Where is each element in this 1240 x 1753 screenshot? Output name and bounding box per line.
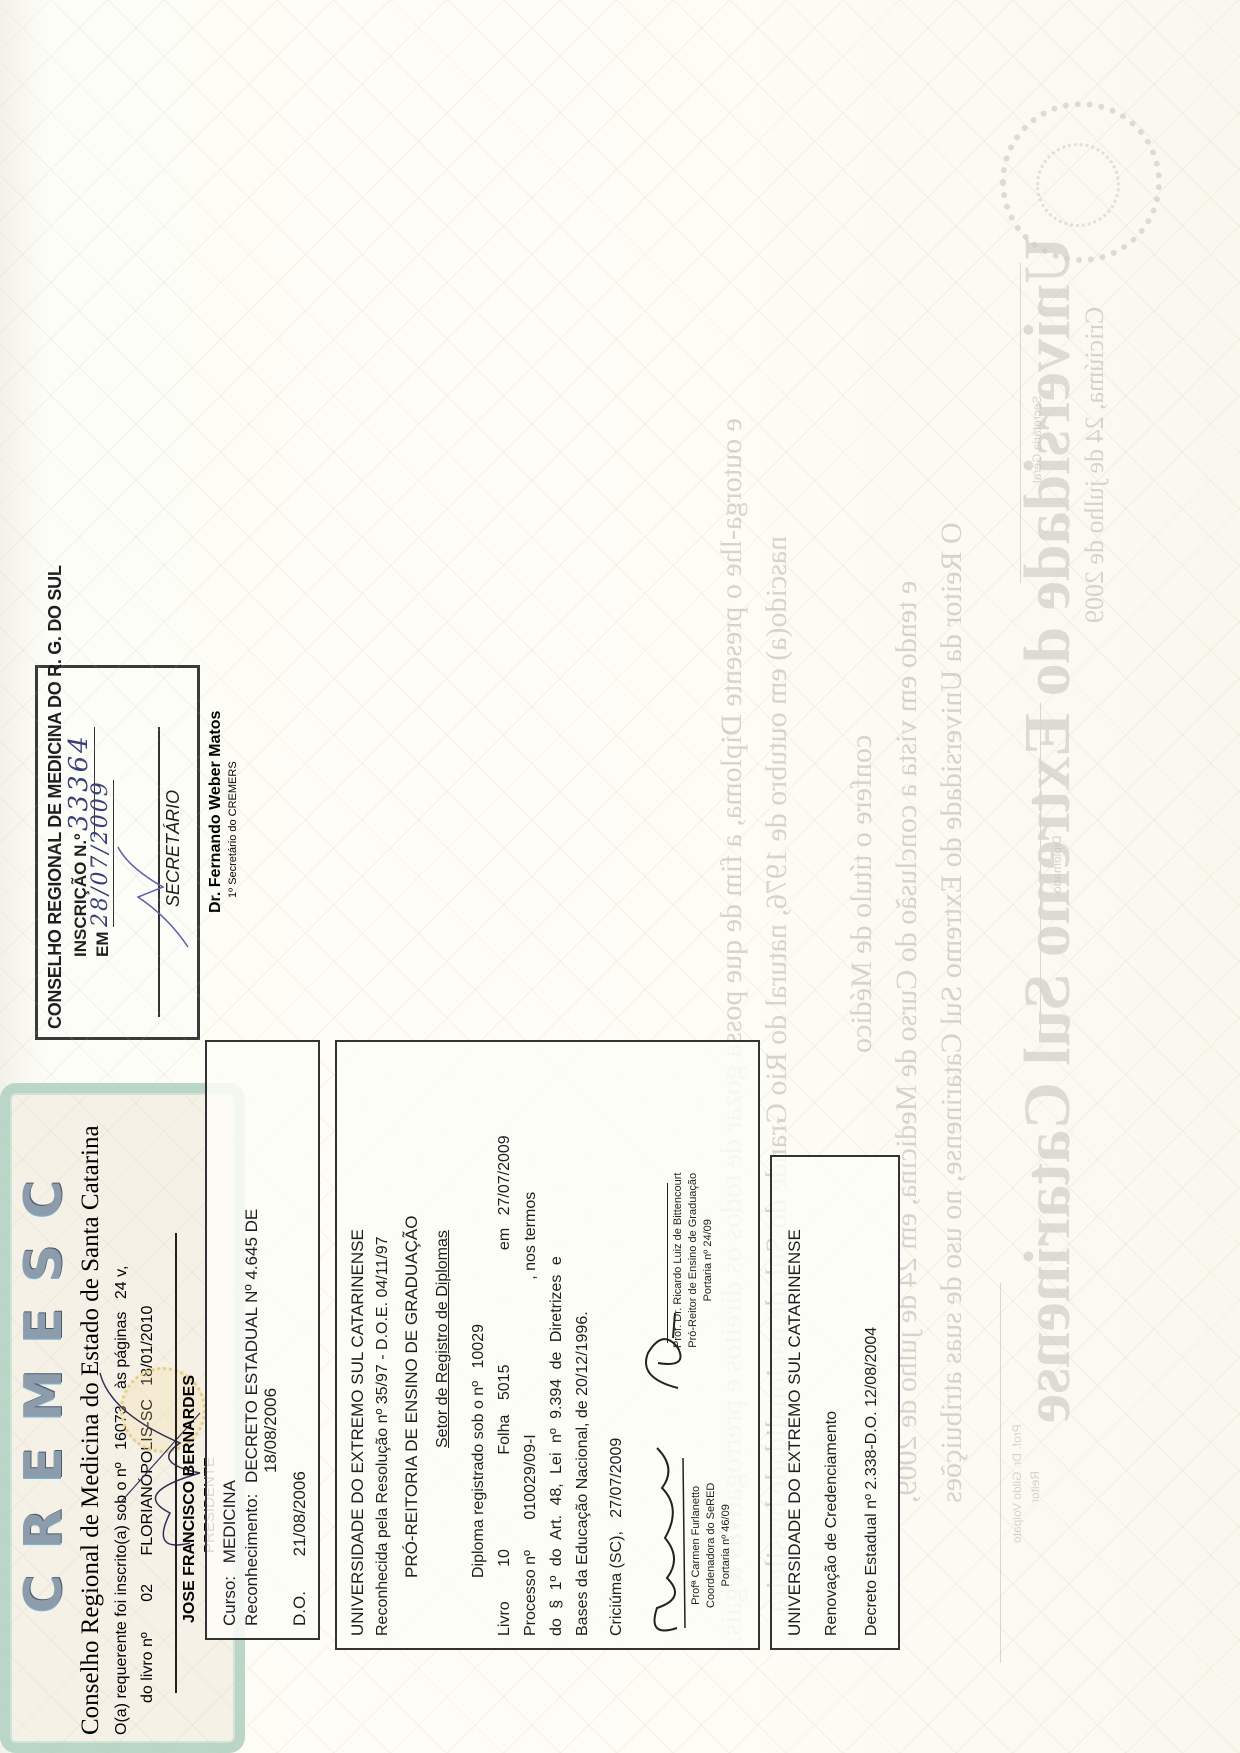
book-label: do livro nº: [139, 1632, 156, 1703]
processo-value: 010029/09-I: [522, 1434, 539, 1519]
signer2-title: Pró-Reitor de Ensino de Graduação: [686, 1173, 701, 1348]
livro-value: 10: [496, 1549, 513, 1567]
accreditation-decree: Decreto Estadual nº 2.338-D.O. 12/08/200…: [864, 1327, 880, 1636]
cremesc-signer-name: JOSE FRANCISCO BERNARDES: [182, 1375, 198, 1623]
place-date: Criciúma (SC), 27/07/2009: [609, 1438, 625, 1636]
legal-line-2: Bases da Educação Nacional, de 20/12/199…: [575, 1311, 591, 1636]
signer2-name: Prof. Dr. Ricardo Luiz de Bittencourt: [671, 1173, 686, 1348]
signature-line: [175, 1233, 177, 1693]
signature-icon: [637, 1438, 697, 1638]
diploma-registration-box: UNIVERSIDADE DO EXTREMO SUL CATARINENSE …: [335, 1040, 760, 1650]
em-label: em: [496, 1228, 513, 1250]
reconhecimento-label: Reconhecimento:: [242, 1494, 261, 1626]
reconhecimento-row: Reconhecimento: DECRETO ESTADUAL Nº 4.64…: [243, 1209, 260, 1626]
signer1-title: Coordenadora do SeRED: [704, 1483, 719, 1608]
folha-value: 5015: [496, 1365, 513, 1401]
border-text: CREMESCREMESCREMESC: [0, 1573, 1, 1733]
book-number: 02: [139, 1584, 156, 1602]
signer1-name: Profª Carmen Furlanetto: [689, 1483, 704, 1608]
diploma-label: Diploma registrado sob o nº: [470, 1381, 487, 1578]
accreditation-box: UNIVERSIDADE DO EXTREMO SUL CATARINENSE …: [770, 1155, 900, 1650]
signer1-block: Profª Carmen Furlanetto Coordenadora do …: [689, 1483, 734, 1608]
processo-row: Processo nº 010029/09-I , nos termos: [523, 1192, 539, 1636]
legal-line-1: do § 1º do Art. 48, Lei nº 9.394 de Dire…: [549, 1256, 565, 1636]
processo-label: Processo nº: [522, 1550, 539, 1636]
cremesc-logo: CREMESC: [14, 1154, 74, 1613]
livro-label: Livro: [496, 1601, 513, 1636]
signer1-portaria: Portaria nº 46/09: [719, 1483, 734, 1608]
accreditation-university: UNIVERSIDADE DO EXTREMO SUL CATARINENSE: [786, 1229, 803, 1636]
signature-line: [667, 1183, 668, 1343]
diploma-row: Diploma registrado sob o nº 10029: [471, 1324, 487, 1578]
pages-value: 24 v,: [113, 1266, 130, 1300]
reconhecimento-value: DECRETO ESTADUAL Nº 4.645 DE: [242, 1209, 261, 1483]
nos-termos: , nos termos: [522, 1192, 539, 1280]
recognition-text: Reconhecida pela Resolução nº 35/97 - D.…: [375, 1236, 391, 1636]
diploma-number: 10029: [470, 1324, 487, 1369]
folha-label: Folha: [496, 1415, 513, 1455]
do-label: D.O.: [290, 1591, 309, 1626]
accreditation-title: Renovação de Credenciamento: [824, 1411, 840, 1636]
em-value: 27/07/2009: [496, 1135, 513, 1215]
signer2-portaria: Portaria nº 24/09: [701, 1173, 716, 1348]
do-row: D.O. 21/08/2006: [291, 1471, 308, 1626]
department-name: PRÓ-REITORIA DE ENSINO DE GRADUAÇÃO: [403, 1216, 420, 1578]
do-value: 21/08/2006: [290, 1471, 309, 1556]
course-recognition-box: Curso: MEDICINA Reconhecimento: DECRETO …: [205, 1040, 320, 1640]
university-name: UNIVERSIDADE DO EXTREMO SUL CATARINENSE: [349, 1229, 366, 1636]
livro-row: Livro 10 Folha 5015 em 27/07/2009: [497, 1135, 513, 1636]
curso-value: MEDICINA: [220, 1480, 239, 1563]
curso-label: Curso:: [220, 1576, 239, 1626]
curso-row: Curso: MEDICINA: [221, 1480, 238, 1626]
rotated-document: Universidade do Extremo Sul Catarinense …: [0, 0, 1240, 1753]
sector-name: Setor de Registro de Diplomas: [435, 1230, 451, 1448]
signer2-block: Prof. Dr. Ricardo Luiz de Bittencourt Pr…: [671, 1173, 716, 1348]
reconhecimento-date: 18/08/2006: [262, 1388, 279, 1473]
